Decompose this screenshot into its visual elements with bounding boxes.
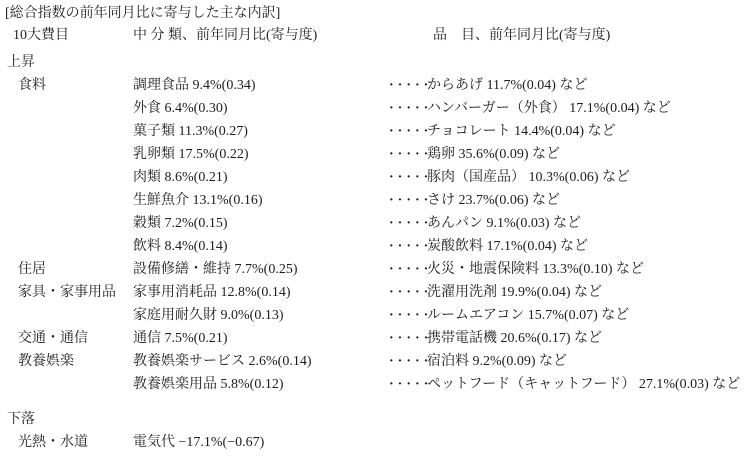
- category-cell: [18, 143, 133, 166]
- item-cell: 豚肉（国産品） 10.3%(0.06) など: [427, 166, 752, 189]
- item-cell: 洗濯用洗剤 19.9%(0.04) など: [427, 281, 752, 304]
- item-cell: 炭酸飲料 17.1%(0.04) など: [427, 235, 752, 258]
- category-cell: 住居: [18, 258, 133, 281]
- item-cell: 宿泊料 9.2%(0.09) など: [427, 350, 752, 373]
- dots-leader: ·····: [389, 212, 427, 235]
- dots-leader: ·····: [389, 235, 427, 258]
- dots-leader: ·····: [389, 189, 427, 212]
- dots-leader: ·····: [389, 120, 427, 143]
- subcategory-cell: 外食 6.4%(0.30): [133, 97, 389, 120]
- category-cell: [18, 235, 133, 258]
- section-label: 上昇: [7, 51, 752, 74]
- category-cell: [18, 97, 133, 120]
- table-row: 食料調理食品 9.4%(0.34)·····からあげ 11.7%(0.04) な…: [18, 74, 752, 97]
- subcategory-cell: 教養娯楽用品 5.8%(0.12): [133, 373, 389, 396]
- header-item: 品 目、前年同月比(寄与度): [433, 24, 752, 47]
- subcategory-cell: 調理食品 9.4%(0.34): [133, 74, 389, 97]
- table-row: 飲料 8.4%(0.14)·····炭酸飲料 17.1%(0.04) など: [18, 235, 752, 258]
- table-row: 菓子類 11.3%(0.27)·····チョコレート 14.4%(0.04) な…: [18, 120, 752, 143]
- category-cell: [18, 212, 133, 235]
- category-cell: 食料: [18, 74, 133, 97]
- dots-leader: ·····: [389, 166, 427, 189]
- category-cell: [18, 304, 133, 327]
- subcategory-cell: 生鮮魚介 13.1%(0.16): [133, 189, 389, 212]
- table-row: 家具・家事用品家事用消耗品 12.8%(0.14)·····洗濯用洗剤 19.9…: [18, 281, 752, 304]
- table-row: 穀類 7.2%(0.15)·····あんパン 9.1%(0.03) など: [18, 212, 752, 235]
- dots-leader: [389, 431, 427, 454]
- item-cell: 火災・地震保険料 13.3%(0.10) など: [427, 258, 752, 281]
- table-row: 住居設備修繕・維持 7.7%(0.25)·····火災・地震保険料 13.3%(…: [18, 258, 752, 281]
- subcategory-cell: 肉類 8.6%(0.21): [133, 166, 389, 189]
- table-row: 外食 6.4%(0.30)·····ハンバーガー（外食） 17.1%(0.04)…: [18, 97, 752, 120]
- table-row: 乳卵類 17.5%(0.22)·····鶏卵 35.6%(0.09) など: [18, 143, 752, 166]
- sections-container: 上昇食料調理食品 9.4%(0.34)·····からあげ 11.7%(0.04)…: [0, 51, 752, 454]
- table-row: 光熱・水道電気代 −17.1%(−0.67): [18, 431, 752, 454]
- header-major-group: 10大費目: [13, 24, 133, 47]
- item-cell: 鶏卵 35.6%(0.09) など: [427, 143, 752, 166]
- category-cell: [18, 166, 133, 189]
- dots-leader: ·····: [389, 97, 427, 120]
- table-row: 家庭用耐久財 9.0%(0.13)·····ルームエアコン 15.7%(0.07…: [18, 304, 752, 327]
- table-row: 交通・通信通信 7.5%(0.21)·····携帯電話機 20.6%(0.17)…: [18, 327, 752, 350]
- dots-leader: ·····: [389, 304, 427, 327]
- subcategory-cell: 家庭用耐久財 9.0%(0.13): [133, 304, 389, 327]
- item-cell: さけ 23.7%(0.06) など: [427, 189, 752, 212]
- subcategory-cell: 通信 7.5%(0.21): [133, 327, 389, 350]
- subcategory-cell: 穀類 7.2%(0.15): [133, 212, 389, 235]
- category-cell: 光熱・水道: [18, 431, 133, 454]
- item-cell: あんパン 9.1%(0.03) など: [427, 212, 752, 235]
- category-cell: 家具・家事用品: [18, 281, 133, 304]
- item-cell: [427, 431, 752, 454]
- dots-leader: ·····: [389, 74, 427, 97]
- table-row: 教養娯楽用品 5.8%(0.12)·····ペットフード（キャットフード） 27…: [18, 373, 752, 396]
- item-cell: からあげ 11.7%(0.04) など: [427, 74, 752, 97]
- category-cell: [18, 189, 133, 212]
- dots-leader: ·····: [389, 373, 427, 396]
- subcategory-cell: 教養娯楽サービス 2.6%(0.14): [133, 350, 389, 373]
- item-cell: ルームエアコン 15.7%(0.07) など: [427, 304, 752, 327]
- subcategory-cell: 菓子類 11.3%(0.27): [133, 120, 389, 143]
- category-cell: 交通・通信: [18, 327, 133, 350]
- table-row: 生鮮魚介 13.1%(0.16)·····さけ 23.7%(0.06) など: [18, 189, 752, 212]
- subcategory-cell: 設備修繕・維持 7.7%(0.25): [133, 258, 389, 281]
- dots-leader: ·····: [389, 350, 427, 373]
- category-cell: 教養娯楽: [18, 350, 133, 373]
- table-row: 教養娯楽教養娯楽サービス 2.6%(0.14)·····宿泊料 9.2%(0.0…: [18, 350, 752, 373]
- item-cell: ハンバーガー（外食） 17.1%(0.04) など: [427, 97, 752, 120]
- header-middle-class: 中 分 類、前年同月比(寄与度): [133, 24, 433, 47]
- subcategory-cell: 乳卵類 17.5%(0.22): [133, 143, 389, 166]
- dots-leader: ·····: [389, 143, 427, 166]
- column-headers: 10大費目 中 分 類、前年同月比(寄与度) 品 目、前年同月比(寄与度): [13, 24, 752, 47]
- document: [総合指数の前年同月比に寄与した主な内訳] 10大費目 中 分 類、前年同月比(…: [0, 3, 752, 459]
- subcategory-cell: 家事用消耗品 12.8%(0.14): [133, 281, 389, 304]
- dots-leader: ·····: [389, 258, 427, 281]
- subcategory-cell: 電気代 −17.1%(−0.67): [133, 431, 389, 454]
- dots-leader: ·····: [389, 281, 427, 304]
- subcategory-cell: 飲料 8.4%(0.14): [133, 235, 389, 258]
- category-cell: [18, 373, 133, 396]
- dots-leader: ·····: [389, 327, 427, 350]
- item-cell: 携帯電話機 20.6%(0.17) など: [427, 327, 752, 350]
- table-row: 肉類 8.6%(0.21)·····豚肉（国産品） 10.3%(0.06) など: [18, 166, 752, 189]
- category-cell: [18, 120, 133, 143]
- page-title: [総合指数の前年同月比に寄与した主な内訳]: [5, 3, 752, 24]
- item-cell: チョコレート 14.4%(0.04) など: [427, 120, 752, 143]
- item-cell: ペットフード（キャットフード） 27.1%(0.03) など: [427, 373, 752, 396]
- section-label: 下落: [7, 408, 752, 431]
